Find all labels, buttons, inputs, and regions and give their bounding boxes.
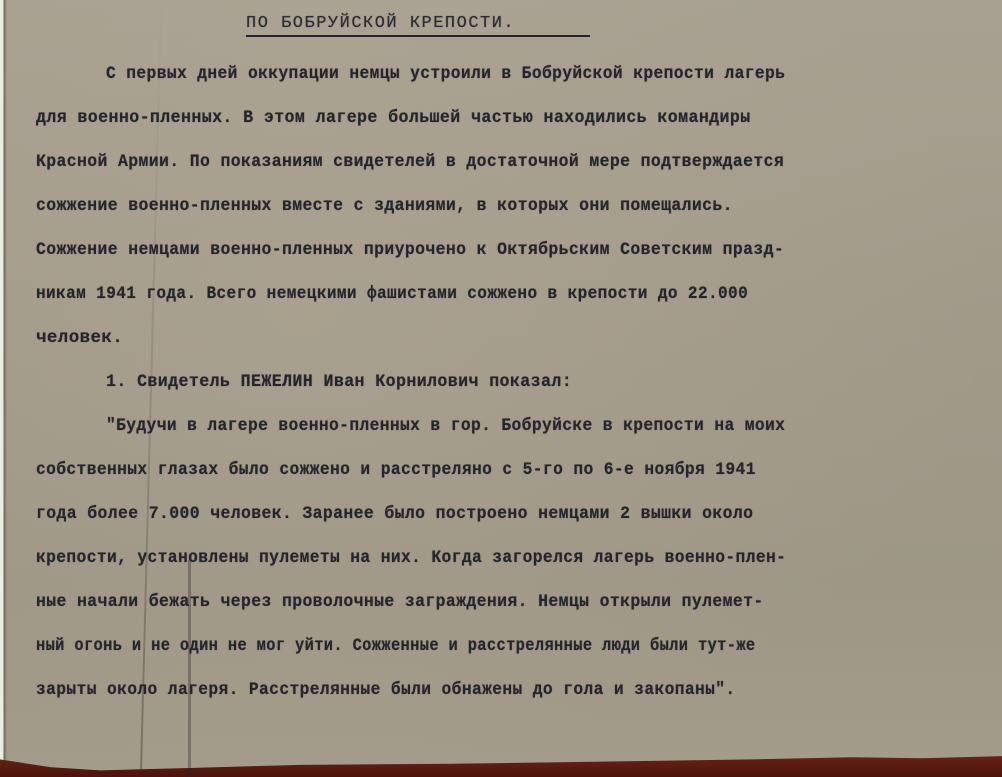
- testimony-line: "Будучи в лагере военно-пленных в гор. Б…: [106, 416, 785, 436]
- testimony-line: собственных глазах было сожжено и расстр…: [36, 460, 756, 480]
- testimony-line: ный огонь и не один не мог уйти. Сожженн…: [36, 636, 756, 656]
- testimony-line: зарыты около лагеря. Расстрелянные были …: [36, 680, 736, 700]
- paragraph-line: Красной Армии. По показаниям свидетелей …: [36, 152, 784, 172]
- paragraph-line: сожжение военно-пленных вместе с зданиям…: [36, 196, 733, 216]
- table-surface: [0, 755, 1002, 777]
- document-title: ПО БОБРУЙСКОЙ КРЕПОСТИ.: [246, 14, 590, 37]
- document-photo: ПО БОБРУЙСКОЙ КРЕПОСТИ. С первых дней ок…: [0, 0, 1002, 777]
- witness-heading: 1. Свидетель ПЕЖЕЛИН Иван Корнилович пок…: [106, 372, 572, 392]
- paragraph-line: никам 1941 года. Всего немецкими фашиста…: [36, 284, 748, 304]
- testimony-line: ные начали бежать через проволочные загр…: [36, 592, 764, 612]
- paragraph-line: С первых дней оккупации немцы устроили в…: [106, 64, 785, 84]
- testimony-line: крепости, установлены пулеметы на них. К…: [36, 548, 786, 568]
- paragraph-line: Сожжение немцами военно-пленных приуроче…: [36, 240, 784, 260]
- paragraph-line: для военно-пленных. В этом лагере больше…: [36, 108, 751, 128]
- testimony-line: года более 7.000 человек. Заранее было п…: [36, 504, 753, 524]
- paragraph-line: человек.: [36, 328, 123, 348]
